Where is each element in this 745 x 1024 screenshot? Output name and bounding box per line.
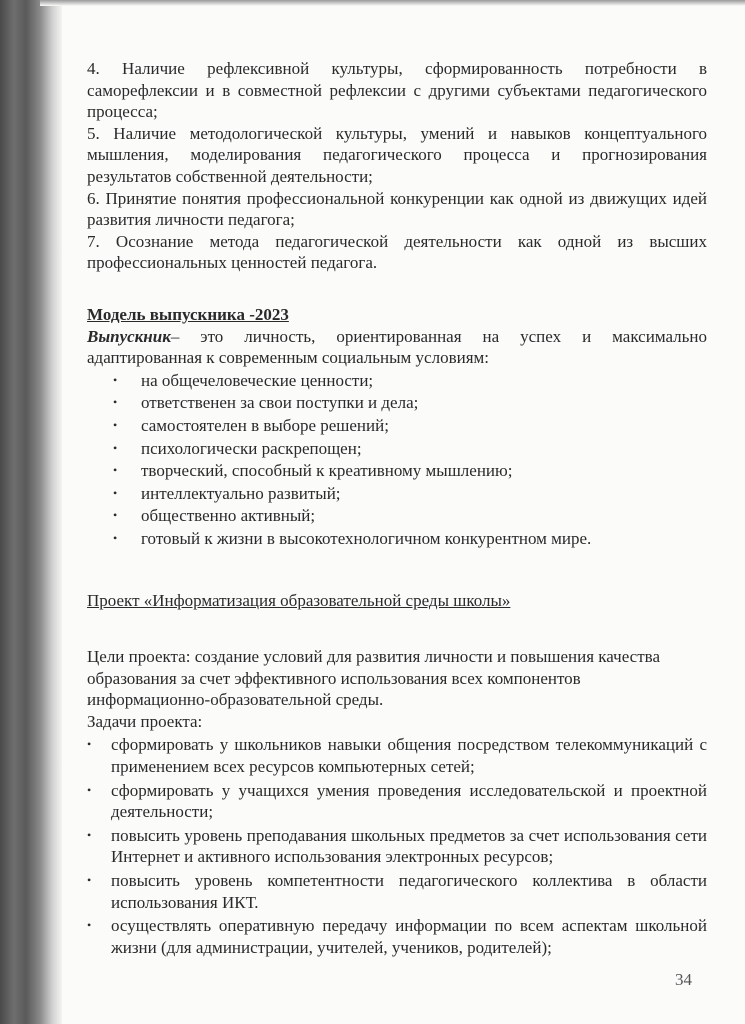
- bullet-icon: •: [113, 483, 117, 505]
- trait-text: творческий, способный к креативному мышл…: [141, 461, 512, 480]
- task-text: повысить уровень компетентности педагоги…: [111, 871, 707, 912]
- bullet-icon: •: [113, 370, 117, 392]
- numbered-item-7: 7. Осознание метода педагогической деяте…: [87, 231, 707, 274]
- graduate-definition-text: – это личность, ориентированная на успех…: [87, 327, 707, 368]
- trait-text: психологически раскрепощен;: [141, 439, 362, 458]
- task-text: осуществлять оперативную передачу информ…: [111, 916, 707, 957]
- list-item: •самостоятелен в выборе решений;: [109, 415, 707, 437]
- trait-text: общественно активный;: [141, 506, 315, 525]
- task-text: повысить уровень преподавания школьных п…: [111, 826, 707, 867]
- bullet-icon: •: [87, 915, 91, 937]
- list-item: •общественно активный;: [109, 505, 707, 527]
- bullet-icon: •: [87, 780, 91, 802]
- bullet-icon: •: [113, 460, 117, 482]
- page-number: 34: [675, 970, 692, 990]
- graduate-model-heading: Модель выпускника -2023: [87, 304, 707, 326]
- task-text: сформировать у школьников навыки общения…: [111, 735, 707, 776]
- graduate-traits-list: •на общечеловеческие ценности; •ответств…: [87, 370, 707, 550]
- project-section: Проект «Информатизация образовательной с…: [87, 590, 707, 958]
- list-item: •готовый к жизни в высокотехнологичном к…: [109, 528, 707, 550]
- spacer: [87, 274, 707, 304]
- project-heading: Проект «Информатизация образовательной с…: [87, 590, 707, 612]
- spacer: [87, 612, 707, 646]
- document-page: 4. Наличие рефлексивной культуры, сформи…: [87, 58, 707, 960]
- bullet-icon: •: [87, 734, 91, 756]
- scan-binding-shadow: [0, 0, 62, 1024]
- bullet-icon: •: [113, 392, 117, 414]
- trait-text: самостоятелен в выборе решений;: [141, 416, 389, 435]
- project-goals: Цели проекта: создание условий для разви…: [87, 646, 707, 711]
- trait-text: готовый к жизни в высокотехнологичном ко…: [141, 529, 591, 548]
- graduate-definition: Выпускник– это личность, ориентированная…: [87, 326, 707, 369]
- bullet-icon: •: [113, 505, 117, 527]
- bullet-icon: •: [113, 528, 117, 550]
- numbered-item-6: 6. Принятие понятия профессиональной кон…: [87, 188, 707, 231]
- scan-top-edge: [40, 0, 745, 6]
- list-item: •сформировать у школьников навыки общени…: [87, 734, 707, 777]
- spacer: [87, 550, 707, 590]
- bullet-icon: •: [87, 870, 91, 892]
- trait-text: интеллектуально развитый;: [141, 484, 341, 503]
- graduate-term: Выпускник: [87, 327, 171, 346]
- numbered-item-4: 4. Наличие рефлексивной культуры, сформи…: [87, 58, 707, 123]
- list-item: •психологически раскрепощен;: [109, 438, 707, 460]
- list-item: •осуществлять оперативную передачу инфор…: [87, 915, 707, 958]
- bullet-icon: •: [113, 415, 117, 437]
- trait-text: ответственен за свои поступки и дела;: [141, 393, 418, 412]
- list-item: •творческий, способный к креативному мыш…: [109, 460, 707, 482]
- list-item: •ответственен за свои поступки и дела;: [109, 392, 707, 414]
- numbered-item-5: 5. Наличие методологической культуры, ум…: [87, 123, 707, 188]
- project-tasks-list: •сформировать у школьников навыки общени…: [87, 734, 707, 958]
- list-item: •на общечеловеческие ценности;: [109, 370, 707, 392]
- bullet-icon: •: [113, 438, 117, 460]
- list-item: •повысить уровень компетентности педагог…: [87, 870, 707, 913]
- numbered-list: 4. Наличие рефлексивной культуры, сформи…: [87, 58, 707, 274]
- tasks-label: Задачи проекта:: [87, 711, 707, 733]
- bullet-icon: •: [87, 825, 91, 847]
- list-item: •сформировать у учащихся умения проведен…: [87, 780, 707, 823]
- task-text: сформировать у учащихся умения проведени…: [111, 781, 707, 822]
- goals-label: Цели проекта:: [87, 647, 190, 666]
- list-item: •интеллектуально развитый;: [109, 483, 707, 505]
- trait-text: на общечеловеческие ценности;: [141, 371, 373, 390]
- graduate-model-section: Модель выпускника -2023 Выпускник– это л…: [87, 304, 707, 550]
- list-item: •повысить уровень преподавания школьных …: [87, 825, 707, 868]
